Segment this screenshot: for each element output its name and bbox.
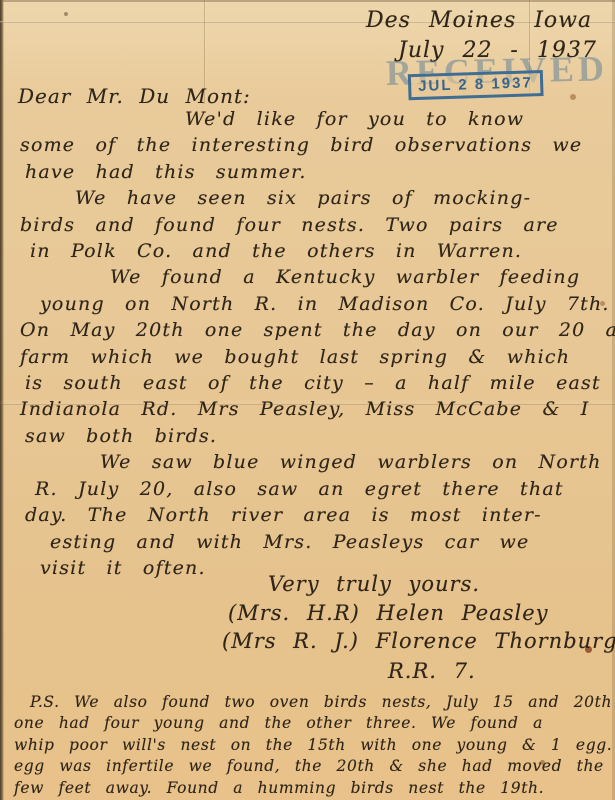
foxing-spot	[64, 12, 68, 16]
letter-line: We have seen six pairs of mocking-	[20, 185, 603, 211]
ps-line: egg was infertile we found, the 20th & s…	[14, 756, 607, 777]
letter-line: some of the interesting bird observation…	[20, 132, 603, 158]
letter-line: is south east of the city – a half mile …	[20, 370, 603, 396]
letter-line: On May 20th one spent the day on our 20 …	[20, 317, 603, 343]
letter-line: R. July 20, also saw an egret there that	[20, 476, 603, 502]
letter-scan: Des Moines Iowa July 22 - 1937 RECEIVED …	[0, 0, 615, 800]
letter-line: have had this summer.	[20, 159, 603, 185]
letter-line: farm which we bought last spring & which	[20, 344, 603, 370]
signature: (Mrs R. J.) Florence Thornburg	[222, 629, 615, 653]
letter-line: We found a Kentucky warbler feeding	[20, 264, 603, 290]
salutation: Dear Mr. Du Mont:	[18, 84, 251, 108]
signature-address: R.R. 7.	[388, 659, 476, 683]
ps-line: one had four young and the other three. …	[14, 713, 607, 734]
closing: Very truly yours.	[268, 572, 480, 596]
signature: (Mrs. H.R) Helen Peasley	[228, 601, 549, 625]
ps-line: P.S. We also found two oven birds nests,…	[14, 692, 607, 713]
letter-line: Indianola Rd. Mrs Peasley, Miss McCabe &…	[20, 396, 603, 422]
letter-line: day. The North river area is most inter-	[20, 502, 603, 528]
letter-line: esting and with Mrs. Peasleys car we	[20, 529, 603, 555]
ps-line: few feet away. Found a humming birds nes…	[14, 778, 607, 799]
letter-line: in Polk Co. and the others in Warren.	[20, 238, 603, 264]
letter-line: young on North R. in Madison Co. July 7t…	[20, 291, 603, 317]
letter-line: saw both birds.	[20, 423, 603, 449]
received-stamp: RECEIVED JUL 2 8 1937	[385, 46, 576, 106]
letter-body: We'd like for you to know some of the in…	[20, 106, 603, 581]
dateline-place: Des Moines Iowa	[366, 6, 597, 36]
letter-line: We'd like for you to know	[20, 106, 603, 132]
scan-edge-top	[0, 0, 615, 2]
ps-line: whip poor will's nest on the 15th with o…	[14, 735, 607, 756]
scan-edge-left	[0, 0, 4, 800]
letter-line: birds and found four nests. Two pairs ar…	[20, 212, 603, 238]
postscript: P.S. We also found two oven birds nests,…	[14, 692, 607, 799]
letter-line: We saw blue winged warblers on North	[20, 449, 603, 475]
received-stamp-date: JUL 2 8 1937	[408, 70, 543, 100]
